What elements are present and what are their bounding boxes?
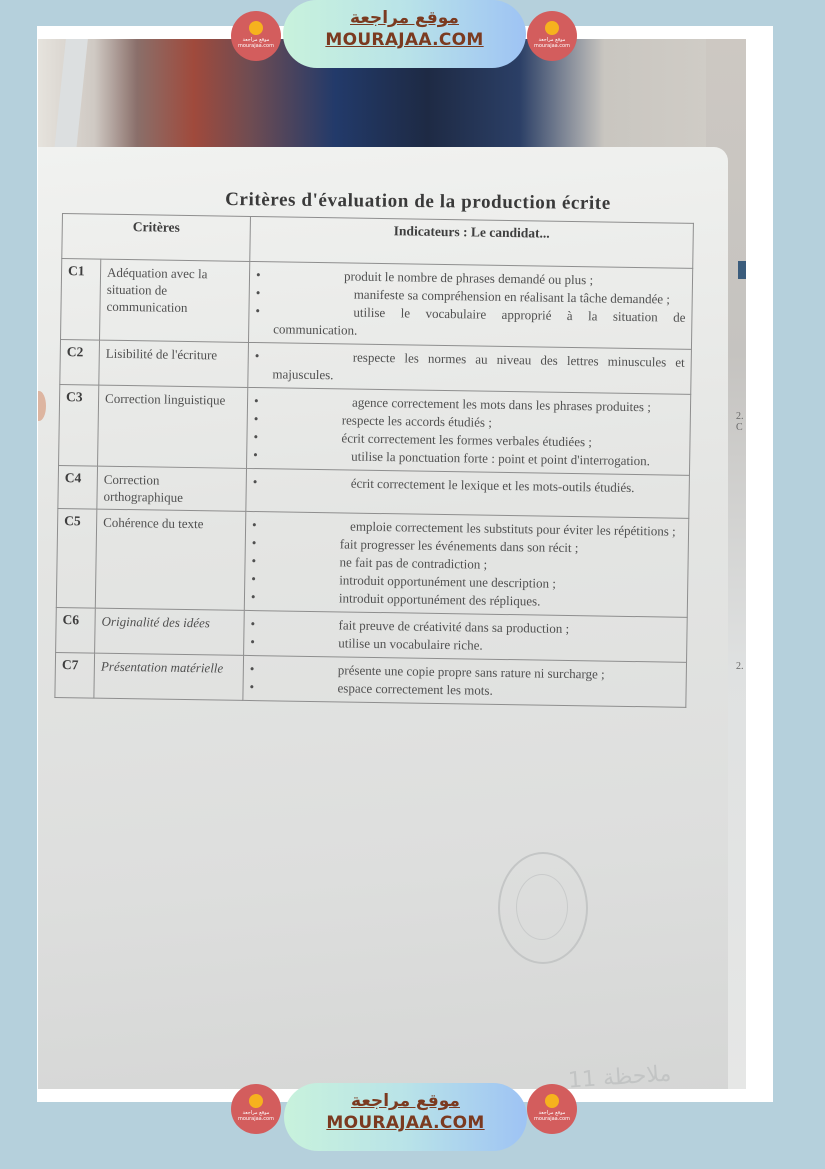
banner-arabic: موقع مراجعة: [284, 1091, 527, 1111]
bullet-icon: •: [251, 588, 256, 606]
criterion-code: C3: [59, 384, 99, 466]
indicator-list: •produit le nombre de phrases demandé ou…: [255, 266, 686, 345]
criterion-indicators: •fait preuve de créativité dans sa produ…: [244, 610, 688, 662]
indicator-list: •écrit correctement le lexique et les mo…: [253, 473, 683, 498]
criterion-indicators: •agence correctement les mots dans les p…: [247, 387, 691, 475]
document-title: Critères d'évaluation de la production é…: [198, 189, 638, 216]
bullet-icon: •: [251, 552, 256, 570]
bullet-icon: •: [255, 302, 260, 320]
bullet-icon: •: [253, 446, 258, 464]
background-page-text: 2.: [736, 661, 744, 672]
banner-arabic: موقع مراجعة: [283, 8, 526, 28]
bullet-icon: •: [256, 266, 261, 284]
criterion-name: Originalité des idées: [95, 608, 245, 655]
indicator-item: •écrit correctement le lexique et les mo…: [253, 473, 683, 498]
indicator-text: écrit correctement le lexique et les mot…: [271, 473, 683, 497]
badge-site: mourajaa.com: [527, 1116, 577, 1122]
criteria-body: C1Adéquation avec la situation de commun…: [55, 259, 693, 708]
badge-site: mourajaa.com: [231, 1116, 281, 1122]
official-stamp: [498, 852, 588, 964]
criterion-name: Correction orthographique: [97, 466, 247, 511]
criterion-indicators: •produit le nombre de phrases demandé ou…: [248, 261, 692, 349]
criterion-indicators: •présente une copie propre sans rature n…: [243, 655, 687, 707]
logo-icon: [249, 21, 263, 35]
criterion-indicators: •respecte les normes au niveau des lettr…: [248, 342, 692, 394]
header-criteria: Critères: [62, 214, 251, 262]
background-tab: [738, 261, 746, 279]
header-indicators: Indicateurs : Le candidat...: [250, 216, 694, 268]
criterion-indicators: •écrit correctement le lexique et les mo…: [246, 468, 690, 518]
watermark-banner-bottom[interactable]: موقع مراجعة MOURAJAA.COM: [284, 1083, 527, 1151]
criteria-row: C5Cohérence du texte•emploie correctemen…: [56, 508, 688, 617]
logo-badge-right-top[interactable]: موقع مراجعة mourajaa.com: [527, 11, 577, 61]
criteria-row: C7Présentation matérielle•présente une c…: [55, 652, 687, 707]
bullet-icon: •: [256, 284, 261, 302]
indicator-text: respecte les normes au niveau des lettre…: [272, 347, 685, 389]
criterion-name: Correction linguistique: [98, 385, 248, 468]
criterion-code: C1: [61, 259, 101, 341]
bullet-icon: •: [254, 410, 259, 428]
criterion-code: C4: [58, 465, 98, 509]
bullet-icon: •: [253, 428, 258, 446]
logo-badge-left-bottom[interactable]: موقع مراجعة mourajaa.com: [231, 1084, 281, 1134]
logo-icon: [545, 21, 559, 35]
bullet-icon: •: [255, 347, 260, 365]
criterion-indicators: •emploie correctement les substituts pou…: [244, 511, 689, 617]
banner-site[interactable]: MOURAJAA.COM: [283, 30, 526, 50]
criteria-row: C1Adéquation avec la situation de commun…: [61, 259, 693, 350]
criterion-name: Lisibilité de l'écriture: [99, 340, 249, 387]
indicator-item: •respecte les normes au niveau des lettr…: [254, 347, 685, 390]
bullet-icon: •: [250, 615, 255, 633]
bullet-icon: •: [252, 534, 257, 552]
criteria-row: C3Correction linguistique•agence correct…: [59, 384, 691, 475]
criterion-code: C5: [56, 508, 97, 608]
indicator-list: •respecte les normes au niveau des lettr…: [254, 347, 685, 390]
criterion-code: C2: [60, 339, 100, 385]
banner-site[interactable]: MOURAJAA.COM: [284, 1113, 527, 1133]
badge-site: mourajaa.com: [231, 43, 281, 49]
badge-site: mourajaa.com: [527, 43, 577, 49]
bullet-icon: •: [250, 660, 255, 678]
criterion-name: Cohérence du texte: [95, 509, 246, 610]
logo-badge-right-bottom[interactable]: موقع مراجعة mourajaa.com: [527, 1084, 577, 1134]
bullet-icon: •: [252, 516, 257, 534]
criterion-code: C7: [55, 652, 95, 698]
indicator-list: •présente une copie propre sans rature n…: [249, 660, 680, 703]
logo-icon: [249, 1094, 263, 1108]
handwritten-note: ملاحظة 11: [567, 1061, 672, 1089]
bullet-icon: •: [254, 392, 259, 410]
bullet-icon: •: [249, 678, 254, 696]
indicator-text: utilise le vocabulaire approprié à la si…: [273, 302, 686, 344]
watermark-banner-top[interactable]: موقع مراجعة MOURAJAA.COM: [283, 0, 526, 68]
evaluation-sheet: Critères d'évaluation de la production é…: [38, 147, 728, 1089]
bullet-icon: •: [251, 570, 256, 588]
indicator-list: •fait preuve de créativité dans sa produ…: [250, 615, 681, 658]
indicator-item: •utilise le vocabulaire approprié à la s…: [255, 302, 686, 345]
logo-badge-left-top[interactable]: موقع مراجعة mourajaa.com: [231, 11, 281, 61]
indicator-list: •emploie correctement les substituts pou…: [251, 516, 682, 613]
criteria-table: Critères Indicateurs : Le candidat... C1…: [54, 213, 694, 708]
indicator-list: •agence correctement les mots dans les p…: [253, 392, 684, 471]
criterion-name: Présentation matérielle: [94, 653, 244, 700]
criterion-name: Adéquation avec la situation de communic…: [100, 259, 250, 342]
criterion-code: C6: [56, 607, 96, 653]
logo-icon: [545, 1094, 559, 1108]
bullet-icon: •: [253, 473, 258, 491]
document-photo: 2. C 2. Critères d'évaluation de la prod…: [38, 39, 746, 1089]
bullet-icon: •: [250, 633, 255, 651]
background-page-text: 2. C: [736, 411, 746, 433]
